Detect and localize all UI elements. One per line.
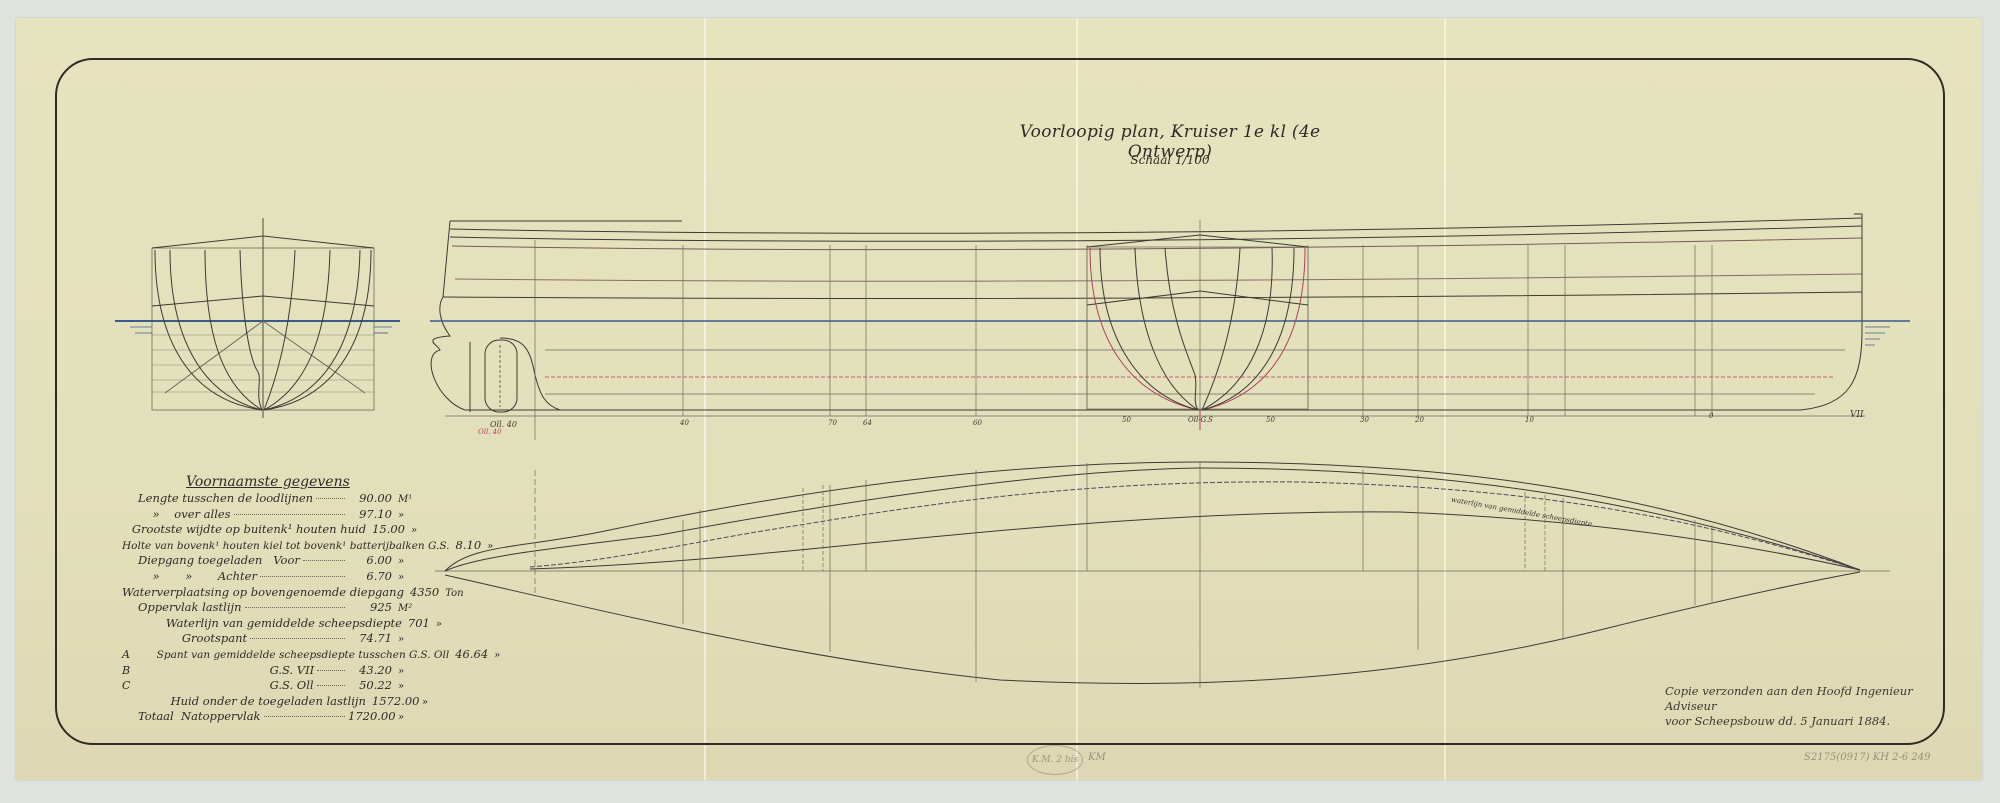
- frame-number: 60: [973, 419, 982, 427]
- frame-number: 10: [1525, 416, 1534, 424]
- row-value: 1720.00: [348, 709, 392, 723]
- row-label: » over alles: [138, 507, 231, 521]
- row-unit: M¹: [392, 494, 432, 505]
- row-value: 1572.00: [372, 694, 416, 708]
- row-label: Grootste wijdte op buitenk¹ houten huid: [132, 522, 366, 536]
- particulars-row: Waterverplaatsing op bovengenoemde diepg…: [122, 585, 432, 601]
- row-mark: C: [122, 679, 138, 692]
- row-label: G.S. VII: [138, 663, 314, 677]
- row-value: 50.22: [348, 678, 392, 692]
- particulars-row: » » Achter6.70»: [122, 569, 432, 585]
- particulars-heading: Voornaamste gegevens: [186, 474, 350, 490]
- row-unit: »: [392, 712, 432, 723]
- row-unit: Ton: [439, 588, 463, 599]
- particulars-row: Grootste wijdte op buitenk¹ houten huid1…: [122, 522, 432, 538]
- row-label: Lengte tusschen de loodlijnen: [138, 491, 313, 505]
- row-label: Grootspant: [138, 631, 247, 645]
- body-plan: [115, 218, 400, 418]
- copy-note-line-1: Copie verzonden aan den Hoofd Ingenieur …: [1665, 684, 1965, 714]
- row-unit: »: [481, 541, 493, 552]
- particulars-row: Diepgang toegeladen Voor6.00»: [122, 553, 432, 569]
- particulars-row: A Spant van gemiddelde scheepsdiepte tus…: [122, 647, 432, 663]
- sheer-plan: [430, 214, 1910, 440]
- frame-number: 70: [828, 419, 837, 427]
- leader-dots: [317, 670, 345, 671]
- particulars-row: Huid onder de toegeladen lastlijn1572.00…: [122, 694, 432, 710]
- leader-dots: [260, 576, 345, 577]
- row-value: 8.10: [456, 538, 482, 552]
- row-label: G.S. Oll: [138, 678, 314, 692]
- row-unit: M²: [392, 603, 432, 614]
- row-unit: »: [430, 619, 442, 630]
- row-label: Waterlijn van gemiddelde scheepsdiepte: [122, 616, 402, 630]
- particulars-row: B G.S. VII43.20»: [122, 663, 432, 679]
- row-unit: »: [392, 510, 432, 521]
- leader-dots: [303, 560, 345, 561]
- copy-note-line-2: voor Scheepsbouw dd. 5 Januari 1884.: [1665, 714, 1965, 729]
- row-value: 6.00: [348, 553, 392, 567]
- archive-stamp: K.M. 2 bis: [1027, 745, 1083, 775]
- particulars-row: Totaal Natoppervlak1720.00»: [122, 709, 432, 725]
- particulars-row: » over alles97.10»: [122, 507, 432, 523]
- row-value: 701: [408, 616, 430, 630]
- particulars-row: Holte van bovenk¹ houten kiel tot bovenk…: [122, 538, 432, 554]
- leader-dots: [317, 685, 345, 686]
- copy-note: Copie verzonden aan den Hoofd Ingenieur …: [1665, 684, 1965, 729]
- half-breadth-plan: [435, 462, 1890, 688]
- row-unit: »: [392, 681, 432, 692]
- row-unit: »: [416, 697, 432, 708]
- particulars-row: Waterlijn van gemiddelde scheepsdiepte70…: [122, 616, 432, 632]
- row-value: 4350: [410, 585, 439, 599]
- particulars-table: Lengte tusschen de loodlijnen90.00M¹ » o…: [122, 491, 432, 725]
- frame-number: 50: [1122, 416, 1131, 424]
- frame-number-stern-red: Oll. 40: [478, 428, 502, 436]
- leader-dots: [234, 514, 345, 515]
- row-value: 15.00: [372, 522, 405, 536]
- row-unit: »: [488, 650, 500, 661]
- pencil-mark: KM: [1088, 752, 1106, 763]
- row-value: 90.00: [348, 491, 392, 505]
- particulars-row: C G.S. Oll50.22»: [122, 678, 432, 694]
- frame-number: 50: [1266, 416, 1275, 424]
- frame-number: 30: [1360, 416, 1369, 424]
- leader-dots: [245, 607, 346, 608]
- row-label: Totaal Natoppervlak: [138, 709, 261, 723]
- frame-number: 0: [1709, 412, 1713, 420]
- row-value: 74.71: [348, 631, 392, 645]
- row-mark: A: [122, 648, 130, 661]
- row-label: Holte van bovenk¹ houten kiel tot bovenk…: [122, 540, 450, 552]
- row-value: 6.70: [348, 569, 392, 583]
- leader-dots: [316, 498, 345, 499]
- frame-number: 20: [1415, 416, 1424, 424]
- particulars-row: Lengte tusschen de loodlijnen90.00M¹: [122, 491, 432, 507]
- drawing-scale: Schaal 1/100: [1100, 153, 1240, 167]
- row-label: » » Achter: [138, 569, 257, 583]
- row-unit: »: [392, 666, 432, 677]
- row-value: 43.20: [348, 663, 392, 677]
- row-unit: »: [392, 634, 432, 645]
- row-label: Huid onder de toegeladen lastlijn: [127, 694, 366, 708]
- row-value: 925: [348, 600, 392, 614]
- leader-dots: [264, 716, 345, 717]
- row-unit: »: [392, 572, 432, 583]
- frame-number: 64: [863, 419, 872, 427]
- row-label: Spant van gemiddelde scheepsdiepte tussc…: [130, 649, 449, 661]
- frame-number: 40: [680, 419, 689, 427]
- particulars-row: Oppervlak lastlijn925M²: [122, 600, 432, 616]
- row-value: 97.10: [348, 507, 392, 521]
- catalog-number: S2175(0917) KH 2-6 249: [1804, 752, 1930, 763]
- row-label: Waterverplaatsing op bovengenoemde diepg…: [122, 585, 404, 599]
- particulars-row: Grootspant74.71»: [122, 631, 432, 647]
- row-label: Oppervlak lastlijn: [138, 600, 242, 614]
- row-label: Diepgang toegeladen Voor: [138, 553, 300, 567]
- leader-dots: [250, 638, 345, 639]
- row-mark: B: [122, 664, 138, 677]
- frame-number-midship: Oll-G.S: [1188, 416, 1213, 424]
- row-unit: »: [392, 556, 432, 567]
- row-value: 46.64: [455, 647, 488, 661]
- row-unit: »: [405, 525, 432, 536]
- frame-number-bow: VII: [1850, 410, 1864, 420]
